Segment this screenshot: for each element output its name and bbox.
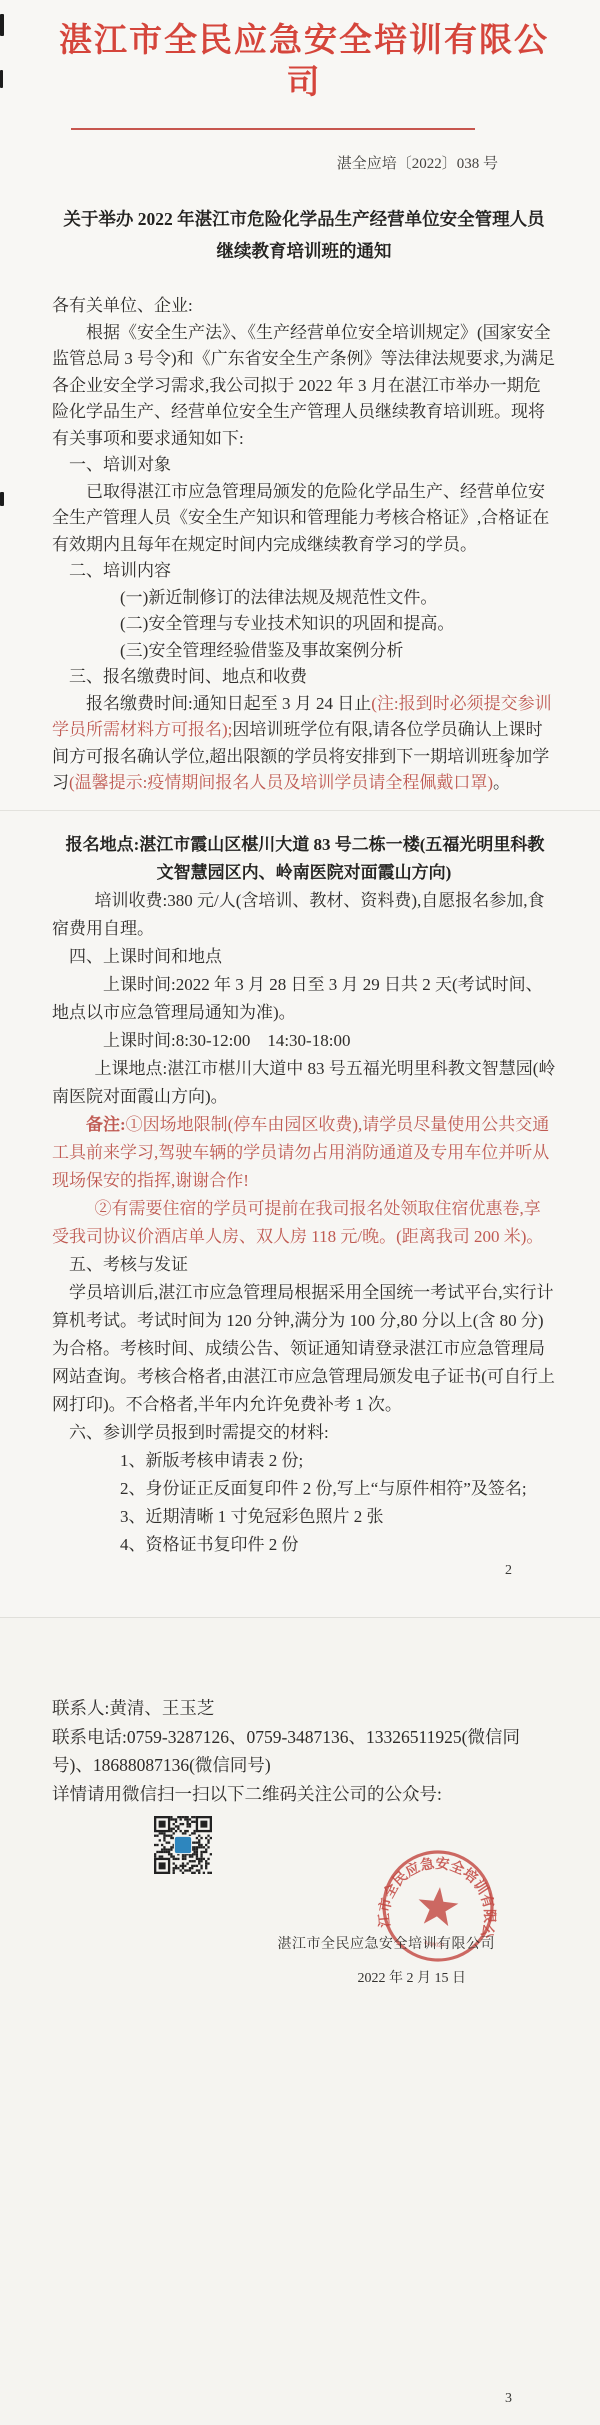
section-6-heading: 六、参训学员报到时需提交的材料: <box>52 1419 556 1447</box>
page-3-body: 联系人:黄清、王玉芝 联系电话:0759-3287126、0759-348713… <box>0 1618 600 1874</box>
class-location: 上课地点:湛江市椹川大道中 83 号五福光明里科教文智慧园(岭南医院对面霞山方向… <box>52 1055 556 1111</box>
page-number-3: 3 <box>505 2391 512 2407</box>
document-number: 湛全应培〔2022〕038 号 <box>52 152 556 173</box>
material-item-4: 4、资格证书复印件 2 份 <box>52 1531 556 1559</box>
note-1: 备注:①因场地限制(停车由园区收费),请学员尽量使用公共交通工具前来学习,驾驶车… <box>52 1111 556 1195</box>
page-1-body: 各有关单位、企业: 根据《安全生产法》、《生产经营单位安全培训规定》(国家安全监… <box>52 293 556 797</box>
material-item-2: 2、身份证正反面复印件 2 份,写上“与原件相符”及签名; <box>52 1475 556 1503</box>
training-fee: 培训收费:380 元/人(含培训、教材、资料费),自愿报名参加,食宿费用自理。 <box>52 887 556 943</box>
letterhead-divider <box>71 128 475 130</box>
section-5-body: 学员培训后,湛江市应急管理局根据采用全国统一考试平台,实行计算机考试。考试时间为… <box>52 1279 556 1419</box>
section-2-item-1: (一)新近制修订的法律法规及规范性文件。 <box>52 585 556 612</box>
notice-title: 关于举办 2022 年湛江市危险化学品生产经营单位安全管理人员 继续教育培训班的… <box>52 203 556 267</box>
page-2: 报名地点:湛江市霞山区椹川大道 83 号二栋一楼(五福光明里科教 文智慧园区内、… <box>0 810 600 1617</box>
notice-title-line1: 关于举办 2022 年湛江市危险化学品生产经营单位安全管理人员 <box>52 203 556 235</box>
seal-star-icon <box>416 1885 460 1927</box>
section-2-item-3: (三)安全管理经验借鉴及事故案例分析 <box>52 638 556 665</box>
salutation: 各有关单位、企业: <box>52 293 556 320</box>
section-3-paragraph: 报名缴费时间:通知日起至 3 月 24 日止(注:报到时必须提交参训学员所需材料… <box>52 691 556 797</box>
scan-artifact <box>0 70 3 88</box>
scanned-notice-document: { "page1": { "org_title": "湛江市全民应急安全培训有限… <box>0 0 600 2425</box>
section-3-heading: 三、报名缴费时间、地点和收费 <box>52 664 556 691</box>
material-item-1: 1、新版考核申请表 2 份; <box>52 1447 556 1475</box>
contact-person: 联系人:黄清、王玉芝 <box>52 1694 556 1723</box>
section-1-heading: 一、培训对象 <box>52 452 556 479</box>
page-number-1: 1 <box>505 756 512 772</box>
registration-time-text: 报名缴费时间:通知日起至 3 月 24 日止 <box>86 694 371 713</box>
section-2-heading: 二、培训内容 <box>52 558 556 585</box>
wechat-qr-code <box>154 1816 212 1874</box>
section-1-body: 已取得湛江市应急管理局颁发的危险化学品生产、经营单位安全生产管理人员《安全生产知… <box>52 479 556 559</box>
scan-artifact <box>0 492 4 506</box>
signup-address-line1: 报名地点:湛江市霞山区椹川大道 83 号二栋一楼(五福光明里科教 <box>52 831 556 859</box>
page-number-2: 2 <box>505 1563 512 1579</box>
material-item-3: 3、近期清晰 1 寸免冠彩色照片 2 张 <box>52 1503 556 1531</box>
signup-address-line2: 文智慧园区内、岭南医院对面霞山方向) <box>52 859 556 887</box>
section-5-heading: 五、考核与发证 <box>52 1251 556 1279</box>
class-dates: 上课时间:2022 年 3 月 28 日至 3 月 29 日共 2 天(考试时间… <box>52 971 556 1027</box>
notice-title-line2: 继续教育培训班的通知 <box>52 235 556 267</box>
page-1: 湛江市全民应急安全培训有限公司 湛全应培〔2022〕038 号 关于举办 202… <box>0 0 600 810</box>
class-hours: 上课时间:8:30-12:00 14:30-18:00 <box>52 1027 556 1055</box>
qr-hint: 详情请用微信扫一扫以下二维码关注公司的公众号: <box>52 1780 556 1809</box>
contact-phone-line2: 号)、18688087136(微信同号) <box>52 1751 556 1780</box>
signature-org: 湛江市全民应急安全培训有限公司 <box>278 1933 496 1953</box>
qr-code-image <box>154 1816 212 1874</box>
note-label: 备注: <box>86 1115 126 1134</box>
note-2: ②有需要住宿的学员可提前在我司报名处领取住宿优惠卷,享受我司协议价酒店单人房、双… <box>52 1195 556 1251</box>
intro-paragraph: 根据《安全生产法》、《生产经营单位安全培训规定》(国家安全监管总局 3 号令)和… <box>52 320 556 453</box>
section-4-heading: 四、上课时间和地点 <box>52 943 556 971</box>
seal-curved-text: 湛江市全民应急安全培训有限公司 <box>372 1840 504 1941</box>
letterhead-org-title: 湛江市全民应急安全培训有限公司 <box>52 20 556 104</box>
page-2-body: 报名地点:湛江市霞山区椹川大道 83 号二栋一楼(五福光明里科教 文智慧园区内、… <box>0 811 600 1559</box>
section-2-item-2: (二)安全管理与专业技术知识的巩固和提高。 <box>52 611 556 638</box>
contact-phone-line1: 联系电话:0759-3287126、0759-3487136、133265119… <box>52 1723 556 1752</box>
period-text: 。 <box>493 773 510 792</box>
scan-artifact <box>0 14 4 36</box>
note-1-text: ①因场地限制(停车由园区收费),请学员尽量使用公共交通工具前来学习,驾驶车辆的学… <box>52 1115 549 1190</box>
mask-reminder-red: (温馨提示:疫情期间报名人员及培训学员请全程佩戴口罩) <box>69 773 493 792</box>
page-3: 联系人:黄清、王玉芝 联系电话:0759-3287126、0759-348713… <box>0 1617 600 2425</box>
signature-date: 2022 年 2 月 15 日 <box>358 1967 467 1987</box>
